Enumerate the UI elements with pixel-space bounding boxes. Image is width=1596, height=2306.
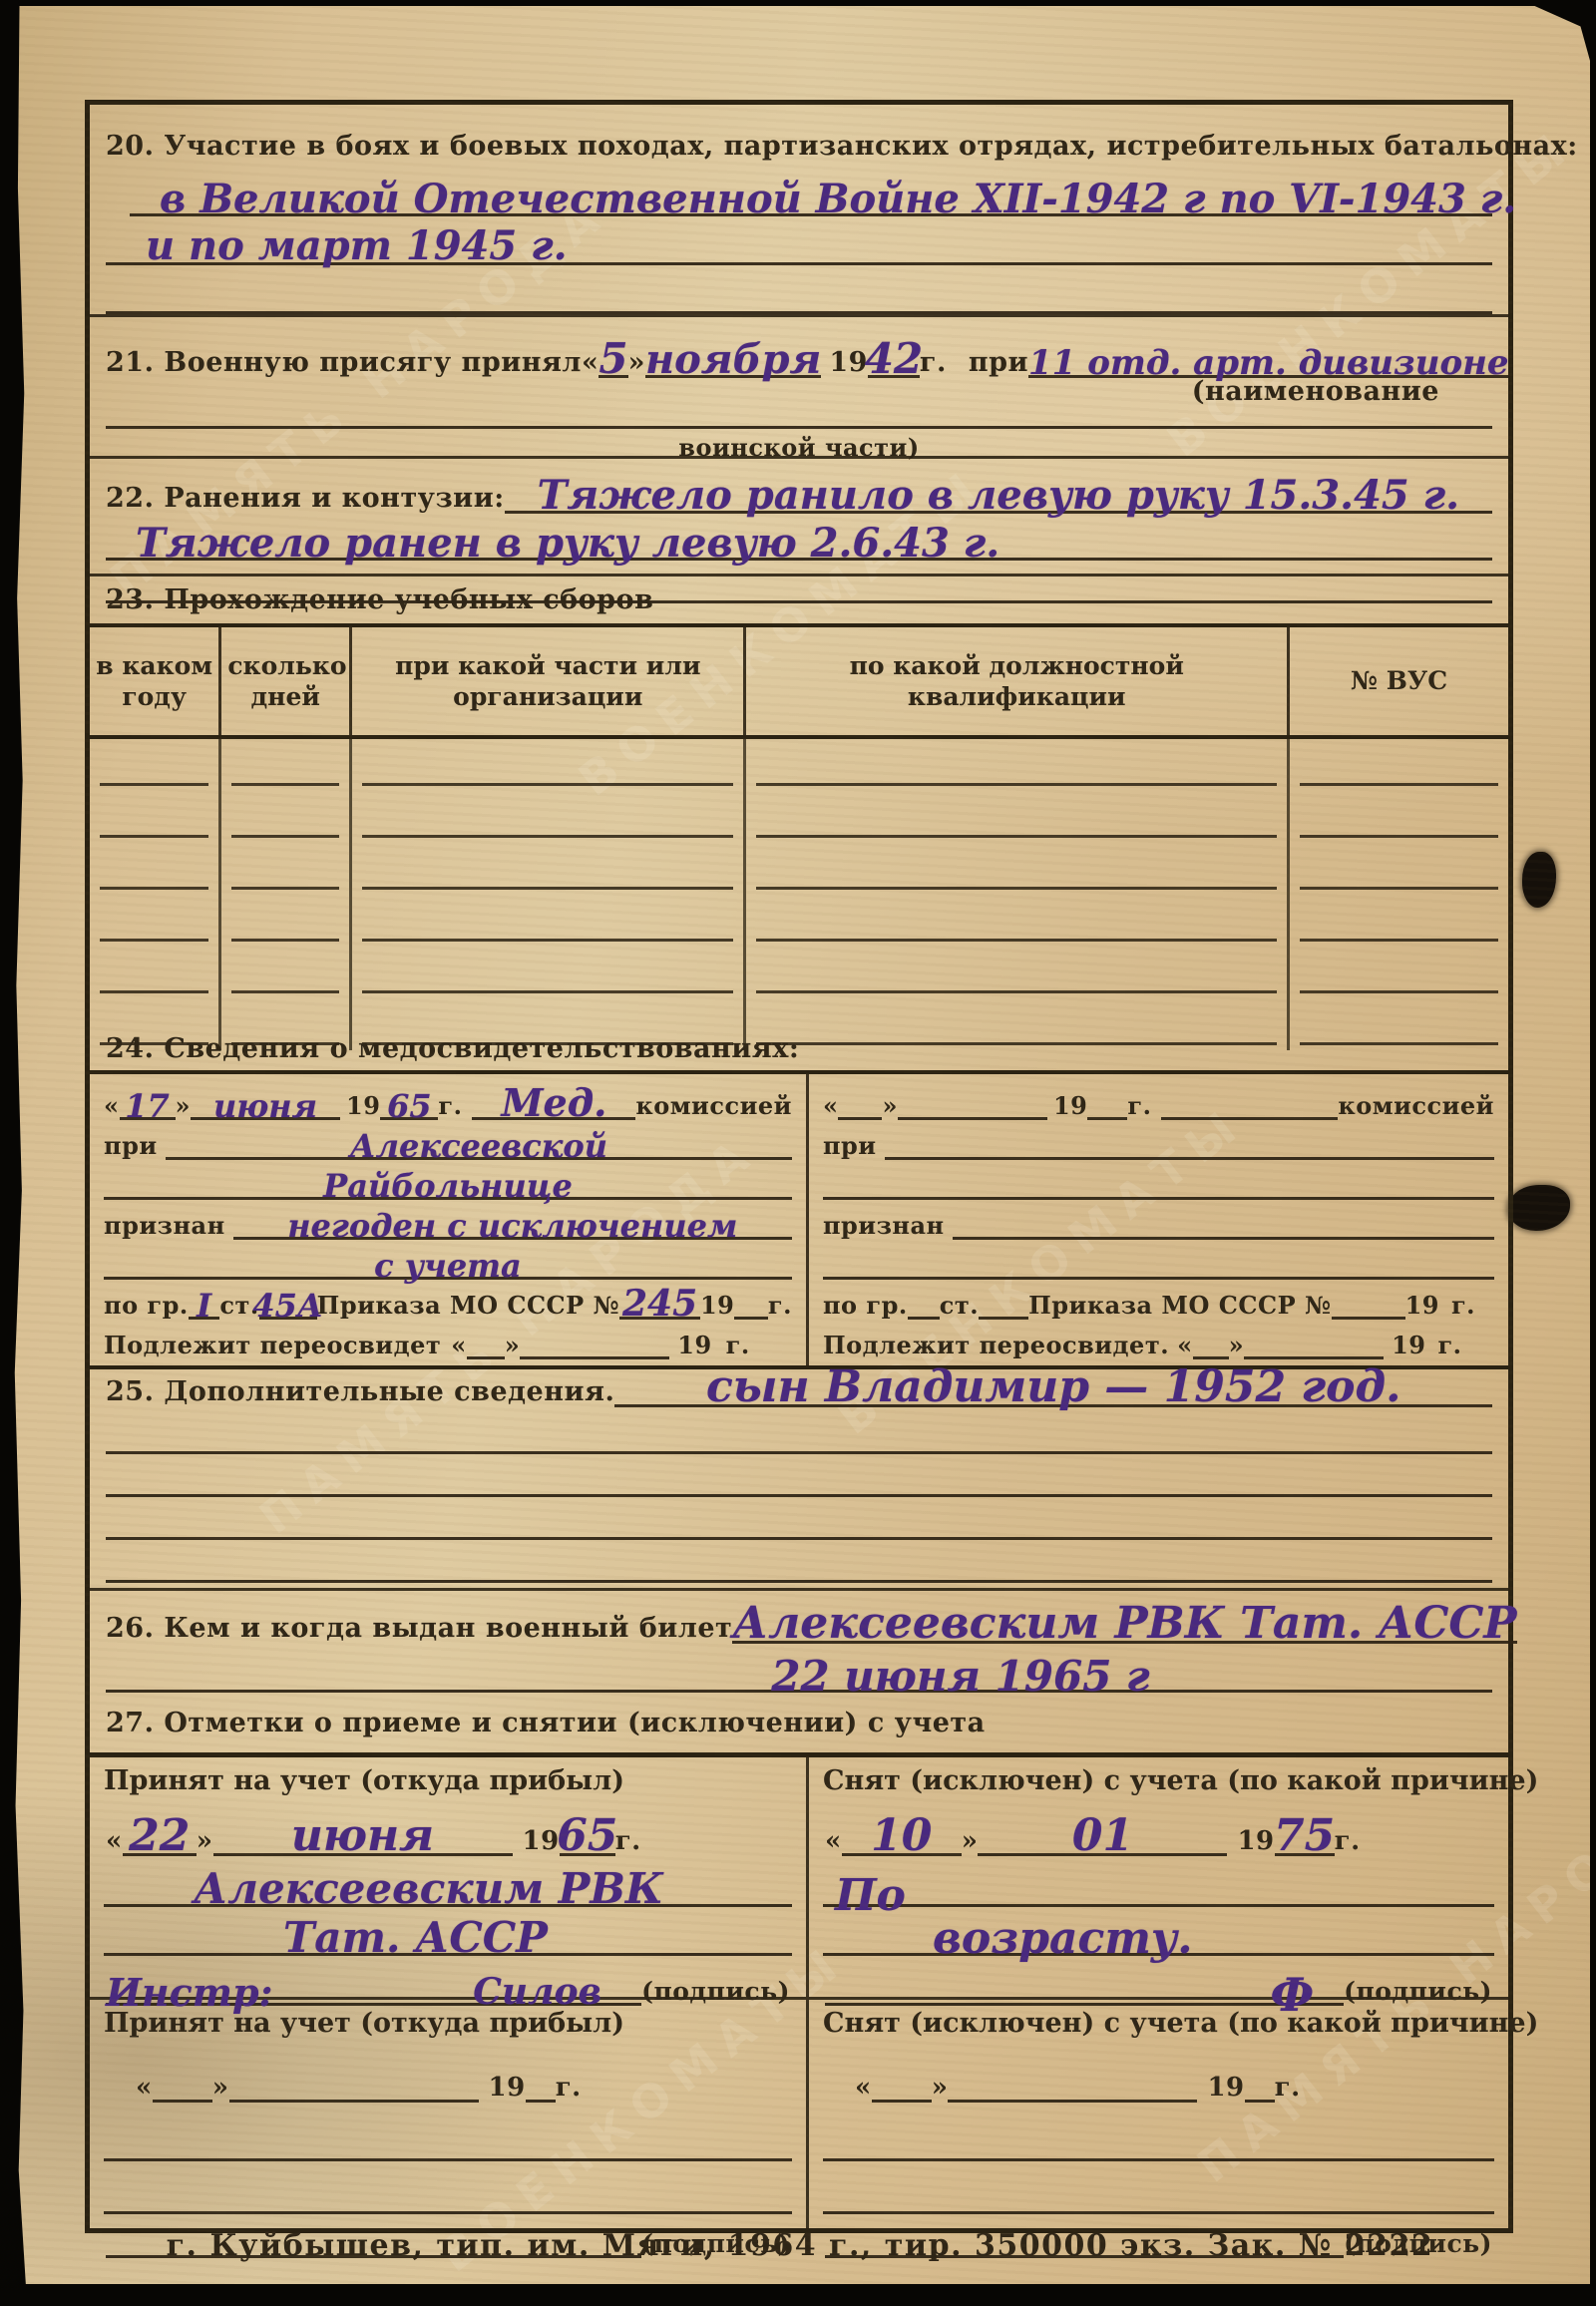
remove-year-blank: 75 (1275, 1826, 1335, 1856)
training-table-body (90, 737, 1508, 1050)
handwritten-gr: I (197, 1290, 211, 1322)
handwritten-issue-date: 22 июня 1965 г (771, 1656, 1149, 1698)
training-table-cell (90, 895, 220, 947)
removed-entry-2: Снят (исключен) с учета (по какой причин… (809, 2000, 1508, 2229)
section-21-label: 21. Военную присягу принял (106, 347, 582, 378)
ruled-line (756, 797, 1277, 838)
wounds-blank: Тяжело ранило в левую руку 15.3.45 г. (505, 484, 1492, 514)
ruled-line (756, 953, 1277, 993)
remove-month-blank (948, 2073, 1197, 2103)
training-table-cell (90, 947, 220, 998)
year-suffix: г. (556, 2073, 582, 2103)
training-table-cell (351, 947, 745, 998)
ruled-line (106, 1407, 1492, 1454)
ruled-line (100, 849, 208, 890)
handwritten-med-hospital-2: Райбольнице (323, 1170, 573, 1202)
year-prefix: 19 (700, 1291, 734, 1320)
paper-tear (1522, 852, 1556, 908)
gr-blank: I (189, 1294, 220, 1320)
handwritten-oath-day: 5 (598, 338, 627, 380)
section-24: 24. Сведения о медосвидетельствованиях: … (90, 1027, 1508, 1358)
section-22: 22. Ранения и контузии: Тяжело ранило в … (90, 456, 1508, 574)
accept-year-blank: 65 (560, 1826, 615, 1856)
training-table-cell (1289, 947, 1508, 998)
st-blank: 45А (259, 1294, 317, 1320)
komissiey-label: комиссией (1338, 1091, 1494, 1120)
quote-open: « (106, 1826, 123, 1856)
med-pri-blank-2 (823, 1174, 1494, 1200)
year-suffix: г. (1335, 1826, 1361, 1856)
med-kind-blank (1161, 1094, 1338, 1120)
ruled-line (756, 849, 1277, 890)
training-table-cell (351, 843, 745, 895)
med-month-blank (898, 1094, 1047, 1120)
year-prefix: 19 (1392, 1331, 1425, 1359)
priznan-label: признан (104, 1211, 225, 1240)
year-suffix: г. (920, 347, 947, 378)
col-unit: при какой части или организации (351, 627, 745, 737)
re-exam-month-blank (1244, 1334, 1384, 1359)
ruled-line (104, 2103, 792, 2161)
komissiey-label: комиссией (635, 1091, 792, 1120)
training-table-cell (90, 843, 220, 895)
removed-entry-1: Снят (исключен) с учета (по какой причин… (809, 1757, 1508, 2000)
print-footer: г. Куйбышев, тип. им. Мяги, 1964 г., тир… (10, 2228, 1590, 2263)
pereosvidet-label: Подлежит переосвидет. (823, 1331, 1169, 1359)
pri-label: при (104, 1131, 158, 1160)
year-suffix: г. (1275, 2073, 1301, 2103)
med-pri-blank: Алексеевской (166, 1134, 792, 1160)
col-year: в каком году (90, 627, 220, 737)
accepted-header: Принят на учет (откуда прибыл) (90, 1765, 806, 1796)
handwritten-oath-year: 42 (865, 338, 923, 380)
year-blank (734, 1294, 768, 1320)
training-table-cell (351, 895, 745, 947)
ruled-line (362, 745, 733, 786)
med-day-blank (838, 1094, 882, 1120)
ruled-line (823, 2103, 1494, 2161)
ruled-line: Тяжело ранен в руку левую 2.6.43 г. (106, 514, 1492, 561)
training-table-cell (745, 737, 1289, 791)
col-vus: № ВУС (1289, 627, 1508, 737)
handwritten-med-year: 65 (387, 1090, 432, 1122)
ruled-line (231, 953, 339, 993)
ruled-line (231, 901, 339, 942)
training-table-cell (220, 791, 351, 843)
additional-info-blank: сын Владимир — 1952 год. (614, 1377, 1492, 1407)
col-qualification: по какой должностной квалификации (745, 627, 1289, 737)
handwritten-remove-month: 01 (1072, 1814, 1133, 1858)
handwritten-campaigns-2: и по март 1945 г. (146, 226, 568, 266)
accept-day-blank: 22 (123, 1826, 197, 1856)
handwritten-accept-month: июня (291, 1814, 434, 1858)
section-25-label: 25. Дополнительные сведения. (106, 1376, 614, 1407)
section-23-label: 23. Прохождение учебных сборов (90, 584, 1508, 615)
training-table-header-row: в каком году сколько дней при какой част… (90, 627, 1508, 737)
section-22-label: 22. Ранения и контузии: (106, 483, 505, 514)
prikaz-label: Приказа МО СССР № (317, 1291, 619, 1320)
ruled-line: По (823, 1856, 1494, 1907)
training-table-cell (745, 895, 1289, 947)
quote-close: » (932, 2073, 949, 2103)
training-table-cell (745, 791, 1289, 843)
registration-table: Принят на учет (откуда прибыл) « 22 » ию… (90, 1752, 1508, 2229)
quote-open: « (451, 1331, 467, 1359)
pri-label: при (969, 347, 1028, 378)
accept-year-blank (526, 2073, 556, 2103)
st-blank (979, 1294, 1028, 1320)
med-verdict-blank: негоден с исключением (233, 1214, 792, 1240)
ruled-line: Тат. АССР (104, 1907, 792, 1956)
accept-month-blank: июня (213, 1826, 513, 1856)
ruled-line (100, 797, 208, 838)
ruled-line (106, 1454, 1492, 1497)
handwritten-accept-year: 65 (557, 1814, 617, 1858)
remove-day-blank: 10 (842, 1826, 962, 1856)
quote-open: « (855, 2073, 872, 2103)
section-24-label: 24. Сведения о медосвидетельствованиях: (90, 1033, 1508, 1064)
handwritten-med-kind: Мед. (501, 1084, 606, 1122)
handwritten-med-day: 17 (125, 1090, 170, 1122)
medical-box: « 17 » июня 19 65 г. Мед. комиссией при … (90, 1070, 1508, 1369)
removed-header: Снят (исключен) с учета (по какой причин… (809, 2008, 1508, 2039)
handwritten-med-verdict-2: с учета (374, 1250, 522, 1282)
remove-day-blank (872, 2073, 932, 2103)
handwritten-wound-1: Тяжело ранило в левую руку 15.3.45 г. (538, 476, 1459, 516)
quote-open: « (823, 1091, 839, 1120)
prikaz-no-blank (1332, 1294, 1405, 1320)
handwritten-st: 45А (252, 1290, 323, 1322)
gr-blank (908, 1294, 940, 1320)
ruled-line (756, 901, 1277, 942)
accept-month-blank (229, 2073, 479, 2103)
training-table-cell (1289, 895, 1508, 947)
ruled-line (231, 849, 339, 890)
ruled-line (100, 901, 208, 942)
ruled-line: и по март 1945 г. (106, 216, 1492, 265)
ruled-line (362, 953, 733, 993)
pri-label: при (823, 1131, 877, 1160)
med-month-blank: июня (191, 1094, 340, 1120)
handwritten-wound-2: Тяжело ранен в руку левую 2.6.43 г. (136, 524, 999, 564)
med-pri-blank-2: Райбольнице (104, 1174, 792, 1200)
section-27: 27. Отметки о приеме и снятии (исключени… (90, 1696, 1508, 2228)
priznan-label: признан (823, 1211, 945, 1240)
ruled-line (1300, 849, 1498, 890)
year-suffix: г. (726, 1331, 750, 1359)
handwritten-remove-reason-2: возрасту. (933, 1917, 1193, 1961)
year-prefix: 19 (523, 1826, 560, 1856)
quote-open: « (582, 347, 598, 378)
training-table-cell (90, 737, 220, 791)
quote-open: « (1177, 1331, 1193, 1359)
prikaz-label: Приказа МО СССР № (1028, 1291, 1331, 1320)
medical-entry-2: « » 19 г. комиссией при (809, 1074, 1508, 1365)
year-suffix: г. (1437, 1331, 1461, 1359)
training-table-row (90, 843, 1508, 895)
training-table-cell (351, 737, 745, 791)
med-verdict-blank (953, 1214, 1494, 1240)
ruled-line (231, 745, 339, 786)
training-table-cell (220, 737, 351, 791)
year-prefix: 19 (1207, 2073, 1244, 2103)
training-table-row (90, 737, 1508, 791)
quote-open: « (136, 2073, 153, 2103)
scanned-page: ПАМЯТЬ НАРОДА ВОЕНКОМАТЫ ВОЕНКОМАТЫ ПАМЯ… (10, 6, 1590, 2284)
section-23: 23. Прохождение учебных сборов в каком г… (90, 574, 1508, 1027)
col-days: сколько дней (220, 627, 351, 737)
handwritten-campaigns-1: в Великой Отечественной Войне XII-1942 г… (160, 180, 1516, 219)
handwritten-med-hospital-1: Алексеевской (350, 1130, 607, 1162)
training-table-row (90, 947, 1508, 998)
quote-close: » (176, 1091, 192, 1120)
quote-close: » (882, 1091, 898, 1120)
paper-tear (1508, 1185, 1570, 1231)
handwritten-issued-by: Алексеевским РВК Тат. АССР (732, 1602, 1516, 1646)
section-26: 26. Кем и когда выдан военный билет Алек… (90, 1588, 1508, 1696)
year-prefix: 19 (1053, 1091, 1087, 1120)
ruled-line: 22 июня 1965 г (106, 1644, 1492, 1693)
oath-month-blank: ноября (645, 348, 821, 378)
ruled-line (756, 745, 1277, 786)
ruled-line: возрасту. (823, 1907, 1494, 1956)
removed-header: Снят (исключен) с учета (по какой причин… (809, 1765, 1508, 1796)
ruled-line (100, 953, 208, 993)
section-21: 21. Военную присягу принял « 5 » ноября … (90, 314, 1508, 456)
prikaz-no-blank: 245 (619, 1294, 700, 1320)
year-prefix: 19 (1237, 1826, 1274, 1856)
year-prefix: 19 (1405, 1291, 1439, 1320)
year-prefix: 19 (829, 347, 868, 378)
accepted-header: Принят на учет (откуда прибыл) (90, 2008, 806, 2039)
handwritten-prikaz-no: 245 (622, 1286, 697, 1322)
ruled-line (362, 797, 733, 838)
section-27-label: 27. Отметки о приеме и снятии (исключени… (90, 1708, 1508, 1738)
quote-close: » (505, 1331, 521, 1359)
training-table-wrap: в каком году сколько дней при какой част… (90, 623, 1508, 1050)
med-year-blank: 65 (380, 1094, 438, 1120)
year-suffix: г. (768, 1291, 792, 1320)
training-table-cell (220, 843, 351, 895)
quote-open: « (104, 1091, 120, 1120)
ruled-line: Алексеевским РВК (104, 1856, 792, 1907)
ruled-line (1300, 797, 1498, 838)
ruled-line (106, 1540, 1492, 1583)
handwritten-oath-month: ноября (645, 340, 821, 380)
ruled-line (104, 2161, 792, 2214)
med-pri-blank (885, 1134, 1494, 1160)
ruled-line (1300, 901, 1498, 942)
year-prefix: 19 (346, 1091, 380, 1120)
ruled-line (100, 745, 208, 786)
training-table-cell (1289, 843, 1508, 895)
ruled-line (231, 797, 339, 838)
med-verdict-blank-2: с учета (104, 1254, 792, 1280)
ruled-line: в Великой Отечественной Войне XII-1942 г… (130, 162, 1492, 216)
ruled-line (106, 378, 1492, 429)
quote-close: » (628, 347, 645, 378)
ruled-line (362, 849, 733, 890)
training-table: в каком году сколько дней при какой част… (90, 627, 1508, 1050)
pereosvidet-label: Подлежит переосвидет (104, 1331, 441, 1359)
po-gr-label: по гр. (823, 1291, 908, 1320)
remove-year-blank (1245, 2073, 1275, 2103)
quote-close: » (197, 1826, 213, 1856)
section-20-label: 20. Участие в боях и боевых походах, пар… (90, 131, 1508, 162)
handwritten-remove-day: 10 (871, 1814, 932, 1858)
med-day-blank: 17 (120, 1094, 176, 1120)
quote-close: » (212, 2073, 229, 2103)
oath-year-blank: 42 (868, 348, 920, 378)
training-table-cell (745, 843, 1289, 895)
ruled-line (1300, 745, 1498, 786)
po-gr-label: по гр. (104, 1291, 189, 1320)
handwritten-remove-year: 75 (1274, 1814, 1335, 1858)
accepted-entry-2: Принят на учет (откуда прибыл) « » 19 г. (90, 2000, 809, 2229)
st-label: ст. (940, 1291, 979, 1320)
handwritten-med-verdict-1: негоден с исключением (287, 1210, 737, 1242)
section-20: 20. Участие в боях и боевых походах, пар… (90, 105, 1508, 314)
training-table-cell (220, 895, 351, 947)
year-suffix: г. (438, 1091, 462, 1120)
re-exam-day-blank (467, 1334, 505, 1359)
ruled-line (106, 265, 1492, 314)
handwritten-med-month: июня (213, 1090, 317, 1122)
training-table-cell (90, 791, 220, 843)
oath-day-blank: 5 (598, 348, 627, 378)
training-table-cell (220, 947, 351, 998)
ruled-line (823, 2161, 1494, 2214)
handwritten-accept-day: 22 (129, 1814, 190, 1858)
ruled-line (362, 901, 733, 942)
year-suffix: г. (615, 1826, 641, 1856)
section-25: 25. Дополнительные сведения. сын Владими… (90, 1358, 1508, 1588)
med-year-blank (1087, 1094, 1127, 1120)
issued-by-blank: Алексеевским РВК Тат. АССР (732, 1614, 1516, 1644)
oath-unit-blank: 11 отд. арт. дивизионе (наименование (1028, 348, 1509, 378)
year-prefix: 19 (677, 1331, 711, 1359)
quote-open: « (825, 1826, 842, 1856)
handwritten-accept-republic: Тат. АССР (283, 1917, 548, 1959)
med-kind-blank: Мед. (472, 1094, 635, 1120)
year-suffix: г. (1127, 1091, 1151, 1120)
year-suffix: г. (1451, 1291, 1475, 1320)
ruled-line (106, 1497, 1492, 1540)
re-exam-month-blank (520, 1334, 669, 1359)
training-table-row (90, 791, 1508, 843)
section-26-label: 26. Кем и когда выдан военный билет (106, 1613, 732, 1644)
quote-close: » (962, 1826, 979, 1856)
training-table-cell (745, 947, 1289, 998)
remove-month-blank: 01 (978, 1826, 1227, 1856)
form-frame: 20. Участие в боях и боевых походах, пар… (85, 100, 1513, 2233)
accepted-entry-1: Принят на учет (откуда прибыл) « 22 » ию… (90, 1757, 809, 2000)
accept-day-blank (153, 2073, 212, 2103)
training-table-row (90, 895, 1508, 947)
handwritten-additional-info: сын Владимир — 1952 год. (706, 1365, 1400, 1409)
training-table-cell (1289, 737, 1508, 791)
med-verdict-blank-2 (823, 1254, 1494, 1280)
medical-entry-1: « 17 » июня 19 65 г. Мед. комиссией при … (90, 1074, 809, 1365)
re-exam-day-blank (1193, 1334, 1229, 1359)
training-table-cell (1289, 791, 1508, 843)
quote-close: » (1229, 1331, 1245, 1359)
year-prefix: 19 (489, 2073, 526, 2103)
handwritten-accept-rvk: Алексеевским РВК (194, 1868, 663, 1910)
ruled-line (1300, 953, 1498, 993)
training-table-cell (351, 791, 745, 843)
